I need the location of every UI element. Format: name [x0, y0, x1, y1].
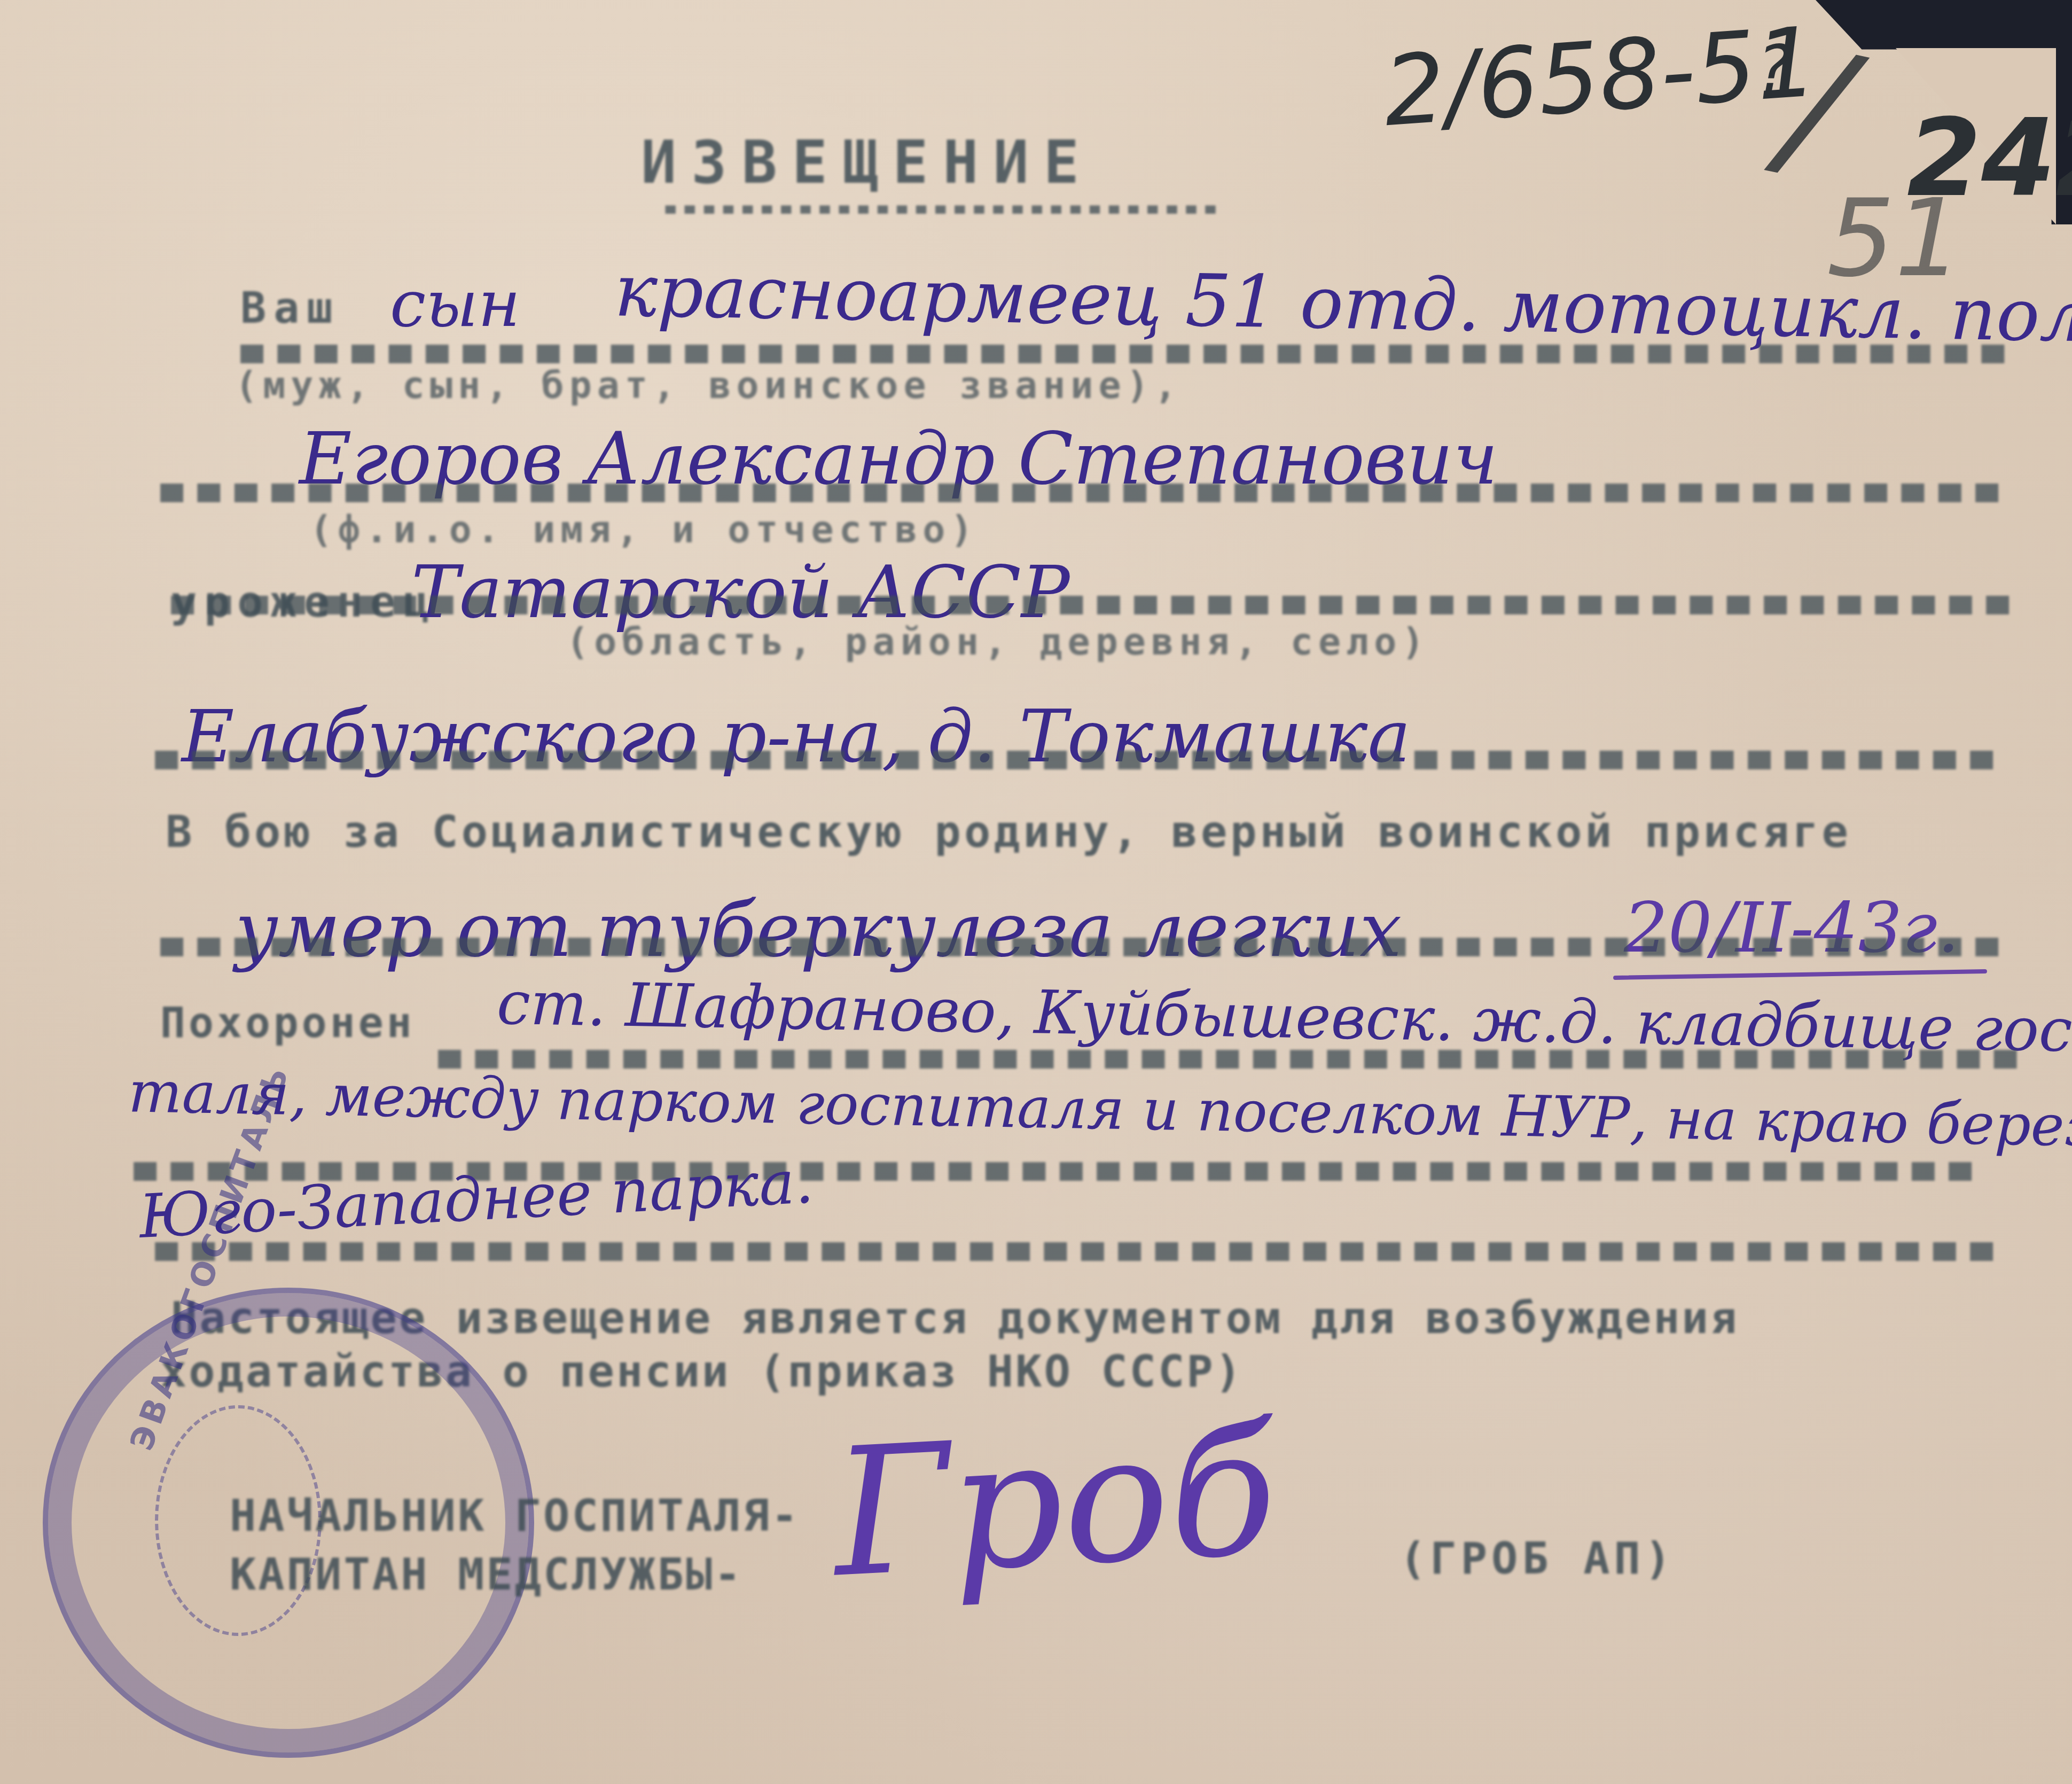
printed-oath-line: В бою за Социалистическую родину, верный…: [166, 807, 1851, 858]
dotted-line-4: ■■■■■■■■■■■■■■■■■■■■■■■■■■■■■■■■■■■■■■■■…: [155, 748, 2067, 769]
dotted-line-9: ■■■■■■■■■■■■■■■■■■■■■■■■■■■■■■■■■■■■■■■■…: [155, 1240, 2057, 1261]
printed-prefix-buried: Похоронен: [160, 999, 415, 1047]
date-underline: [1613, 969, 1987, 980]
cause-of-death-field: умер от туберкулеза легких: [235, 887, 1402, 974]
signatory-name: (ГРОБ АП): [1399, 1533, 1675, 1584]
burial-place-line-2: таля, между парком госпиталя и поселком …: [128, 1059, 2072, 1165]
archive-number-left: 2/658-51: [1380, 6, 1821, 148]
document-title: ИЗВЕЩЕНИЕ: [641, 128, 1094, 197]
dotted-line-7: ■■■■■■■■■■■■■■■■■■■■■■■■■■■■■■■■■■■■■■■■…: [438, 1047, 2057, 1069]
relation-field: сын: [390, 267, 520, 341]
notification-document: 2/658-51 ? / 242 51 ИЗВЕЩЕНИЕ ▪▪▪▪▪▪▪▪▪▪…: [0, 0, 2072, 1784]
handwritten-signature: Гроб: [828, 1389, 1282, 1617]
dotted-line-2: ■■■■■■■■■■■■■■■■■■■■■■■■■■■■■■■■■■■■■■■■…: [160, 481, 2057, 502]
title-underline: ▪▪▪▪▪▪▪▪▪▪▪▪▪▪▪▪▪▪▪▪▪▪▪▪▪▪▪▪▪▪▪▪: [662, 198, 1223, 214]
archive-mark: ?: [1757, 32, 1792, 106]
role-head-of-hospital: НАЧАЛЬНИК ГОСПИТАЛЯ-: [230, 1491, 800, 1541]
role-captain-medical: КАПИТАН МЕДСЛУЖБЫ-: [230, 1549, 743, 1600]
dotted-line-6: ■■■■■■■■■■■■■■■■■■■■■■■■■■■■■■■■■■■■■■■■…: [160, 935, 2057, 956]
hint-name: (ф.и.о. имя, и отчество): [310, 508, 978, 551]
dotted-line-3: ■■■■■■■■■■■■■■■■■■■■■■■■■■■■■■■■■■■■■■■■…: [171, 593, 2057, 614]
hint-region: (область, район, деревня, село): [566, 620, 1429, 664]
hint-relation: (муж, сын, брат, воинское звание),: [235, 363, 1182, 407]
printed-prefix-your: Ваш: [240, 283, 340, 333]
dotted-line-1: ■■■■■■■■■■■■■■■■■■■■■■■■■■■■■■■■■■■■■■■■…: [240, 342, 2057, 363]
